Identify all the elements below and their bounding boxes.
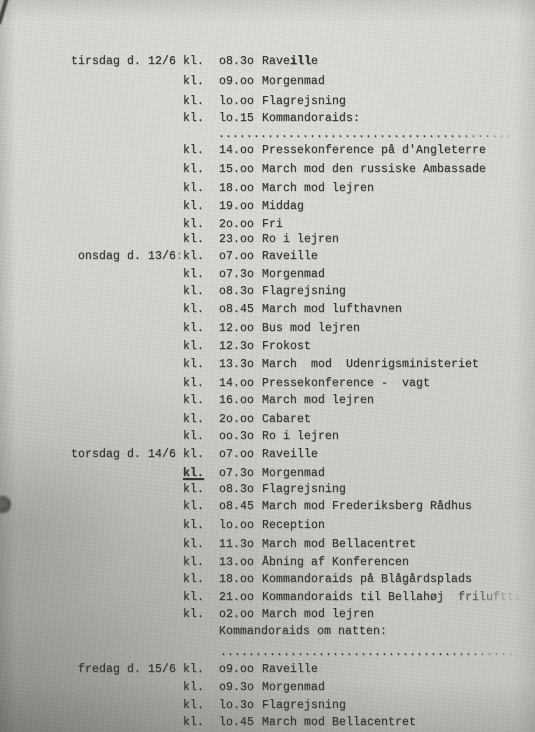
time-label: 14.oo — [219, 377, 254, 391]
activity-label: March mod Bellacentret — [262, 538, 416, 552]
time-label: 2o.oo — [219, 218, 254, 232]
schedule-row: kl.16.ooMarch mod lejren — [0, 394, 535, 411]
activity-label: Cabaret — [262, 413, 311, 427]
day-label: torsdag d. 14/6 — [0, 448, 176, 462]
schedule-row: fredag d. 15/6kl.o9.ooRaveille — [0, 663, 535, 680]
page-corner-mark — [0, 0, 9, 25]
kl-label: kl. — [183, 200, 204, 214]
time-label: 18.oo — [219, 573, 254, 587]
time-label: 14.oo — [219, 144, 254, 158]
activity-label: Kommandoraids: — [262, 112, 360, 126]
kl-label: kl. — [183, 303, 204, 317]
kl-label: kl. — [183, 556, 204, 570]
time-label: 13.oo — [219, 556, 254, 570]
time-label: o8.3o — [219, 285, 254, 299]
activity-label: Pressekonference på d'Angleterre — [262, 144, 486, 158]
activity-label: Pressekonference - vagt — [262, 377, 430, 391]
time-label: 23.oo — [219, 233, 254, 247]
time-label: o7.3o — [219, 268, 254, 282]
time-label: o8.45 — [219, 303, 254, 317]
kl-label: kl. — [183, 285, 204, 299]
kl-label: kl. — [183, 467, 204, 481]
kl-label: kl. — [183, 163, 204, 177]
schedule-row: kl.18.ooMarch mod lejren — [0, 182, 535, 199]
activity-label: Ro i lejren — [262, 233, 339, 247]
activity-label: Raveille — [262, 250, 318, 264]
kl-label: kl. — [183, 144, 204, 158]
activity-label: Bus mod lejren — [262, 322, 360, 336]
activity-label: Morgenmad — [262, 681, 325, 695]
kl-label: kl. — [183, 322, 204, 336]
schedule-row: kl.lo.ooReception — [0, 519, 535, 536]
kl-label: :kl. — [176, 250, 204, 264]
kl-label: kl. — [183, 681, 204, 695]
activity-label: Raveille — [262, 663, 318, 677]
time-label: o8.3o — [219, 483, 254, 497]
schedule-row: kl.15.ooMarch mod den russiske Ambassade — [0, 163, 535, 180]
schedule-row: kl.oo.3oRo i lejren — [0, 430, 535, 447]
time-label: o7.oo — [219, 250, 254, 264]
activity-label: Kommandoraids til Bellahøj friluftte — [262, 591, 521, 605]
schedule-row: kl.lo.ooFlagrejsning — [0, 95, 535, 112]
dotted-line: ........................................… — [220, 646, 514, 660]
schedule-row: kl.o2.ooMarch mod lejren — [0, 608, 535, 625]
time-label: 12.oo — [219, 322, 254, 336]
activity-label: March mod den russiske Ambassade — [262, 163, 486, 177]
activity-label: Kommandoraids om natten: — [219, 625, 387, 639]
time-label: lo.oo — [219, 519, 254, 533]
activity-label: Flagrejsning — [262, 483, 346, 497]
kl-label: kl. — [183, 218, 204, 232]
time-label: 21.oo — [219, 591, 254, 605]
kl-label: kl. — [183, 75, 204, 89]
time-label: 13.3o — [219, 358, 254, 372]
kl-label: kl. — [183, 608, 204, 622]
schedule-row: kl.21.ooKommandoraids til Bellahøj frilu… — [0, 591, 535, 608]
kl-label: kl. — [183, 340, 204, 354]
activity-label: Morgenmad — [262, 268, 325, 282]
scanned-schedule-page: tirsdag d. 12/6kl.o8.3oRaveillekl.o9.ooM… — [0, 0, 535, 732]
kl-label: kl. — [183, 483, 204, 497]
kl-label: kl. — [183, 591, 204, 605]
time-label: lo.45 — [219, 716, 254, 730]
activity-label: Flagrejsning — [262, 95, 346, 109]
schedule-row: kl.13.3oMarch mod Udenrigsministeriet — [0, 358, 535, 375]
activity-label: Flagrejsning — [262, 699, 346, 713]
activity-label: Morgenmad — [262, 75, 325, 89]
kl-label: kl. — [183, 663, 204, 677]
kl-label: kl. — [183, 233, 204, 247]
dotted-line: ........................................… — [218, 128, 512, 142]
time-label: o7.3o — [219, 467, 254, 481]
schedule-row: kl.lo.3oFlagrejsning — [0, 699, 535, 716]
schedule-row: kl.o9.3oMorgenmad — [0, 681, 535, 698]
schedule-row: kl.o8.3oFlagrejsning — [0, 483, 535, 500]
schedule-row: kl.23.ooRo i lejren — [0, 233, 535, 250]
schedule-row: kl.19.ooMiddag — [0, 200, 535, 217]
schedule-row: kl.lo.15Kommandoraids: — [0, 112, 535, 129]
kl-label: kl. — [183, 430, 204, 444]
activity-label: Raveille — [262, 55, 318, 69]
schedule-row: tirsdag d. 12/6kl.o8.3oRaveille — [0, 55, 535, 72]
kl-label: kl. — [183, 95, 204, 109]
time-label: 15.oo — [219, 163, 254, 177]
kl-label: kl. — [183, 413, 204, 427]
activity-label: Raveille — [262, 448, 318, 462]
activity-label: Frokost — [262, 340, 311, 354]
kl-label: kl. — [183, 394, 204, 408]
day-label: fredag d. 15/6 — [0, 663, 176, 677]
activity-label: March mod lufthavnen — [262, 303, 402, 317]
time-label: lo.3o — [219, 699, 254, 713]
kl-label: kl. — [183, 268, 204, 282]
activity-label: March mod lejren — [262, 608, 374, 622]
time-label: o9.oo — [219, 75, 254, 89]
time-label: lo.oo — [219, 95, 254, 109]
activity-label: March mod lejren — [262, 182, 374, 196]
time-label: 11.3o — [219, 538, 254, 552]
kl-label: kl. — [183, 448, 204, 462]
time-label: 19.oo — [219, 200, 254, 214]
schedule-row: kl.12.ooBus mod lejren — [0, 322, 535, 339]
time-label: o8.45 — [219, 500, 254, 514]
activity-label: March mod Frederiksberg Rådhus — [262, 500, 472, 514]
kl-label: kl. — [183, 182, 204, 196]
schedule-row: onsdag d. 13/6:kl.o7.ooRaveille — [0, 250, 535, 267]
time-label: oo.3o — [219, 430, 254, 444]
dotted-separator: ........................................… — [0, 646, 535, 663]
kl-label: kl. — [183, 538, 204, 552]
kl-label: kl. — [183, 358, 204, 372]
schedule-row: kl.o8.45March mod lufthavnen — [0, 303, 535, 320]
schedule-row: kl.14.ooPressekonference - vagt — [0, 377, 535, 394]
schedule-row: kl.o7.3oMorgenmad — [0, 467, 535, 484]
activity-label: Morgenmad — [262, 467, 325, 481]
schedule-row: torsdag d. 14/6kl.o7.ooRaveille — [0, 448, 535, 465]
schedule-row: kl.18.ooKommandoraids på Blågårdsplads — [0, 573, 535, 590]
schedule-row: kl.14.ooPressekonference på d'Angleterre — [0, 144, 535, 161]
kl-label: kl. — [183, 500, 204, 514]
kl-label: kl. — [183, 377, 204, 391]
schedule-row: kl.13.ooÅbning af Konferencen — [0, 556, 535, 573]
schedule-row: kl.o8.45March mod Frederiksberg Rådhus — [0, 500, 535, 517]
activity-label: Reception — [262, 519, 325, 533]
time-label: o7.oo — [219, 448, 254, 462]
time-label: o2.oo — [219, 608, 254, 622]
day-label: onsdag d. 13/6 — [0, 250, 176, 264]
kl-label: kl. — [183, 573, 204, 587]
schedule-row: kl.o7.3oMorgenmad — [0, 268, 535, 285]
kl-label: kl. — [183, 699, 204, 713]
schedule-row: kl.o9.ooMorgenmad — [0, 75, 535, 92]
schedule-row: kl.12.3oFrokost — [0, 340, 535, 357]
activity-label: March mod Udenrigsministeriet — [262, 358, 479, 372]
activity-label: Åbning af Konferencen — [262, 556, 409, 570]
time-label: o9.3o — [219, 681, 254, 695]
activity-label: March mod lejren — [262, 394, 374, 408]
kl-label: kl. — [183, 716, 204, 730]
time-label: 18.oo — [219, 182, 254, 196]
activity-label: March mod Bellacentret — [262, 716, 416, 730]
kl-label: kl. — [183, 55, 204, 69]
schedule-row: kl.o8.3oFlagrejsning — [0, 285, 535, 302]
time-label: o8.3o — [219, 55, 254, 69]
schedule-row: kl.lo.45March mod Bellacentret — [0, 716, 535, 732]
time-label: lo.15 — [219, 112, 254, 126]
day-label: tirsdag d. 12/6 — [0, 55, 176, 69]
activity-label: Fri — [262, 218, 283, 232]
activity-label: Ro i lejren — [262, 430, 339, 444]
activity-label: Kommandoraids på Blågårdsplads — [262, 573, 472, 587]
kl-label: kl. — [183, 112, 204, 126]
time-label: o9.oo — [219, 663, 254, 677]
schedule-row: kl.11.3oMarch mod Bellacentret — [0, 538, 535, 555]
kl-label: kl. — [183, 519, 204, 533]
activity-label: Middag — [262, 200, 304, 214]
activity-label: Flagrejsning — [262, 285, 346, 299]
time-label: 2o.oo — [219, 413, 254, 427]
schedule-row: Kommandoraids om natten: — [0, 625, 535, 642]
schedule-row: kl.2o.ooCabaret — [0, 413, 535, 430]
time-label: 12.3o — [219, 340, 254, 354]
time-label: 16.oo — [219, 394, 254, 408]
dotted-separator: ........................................… — [0, 128, 535, 145]
